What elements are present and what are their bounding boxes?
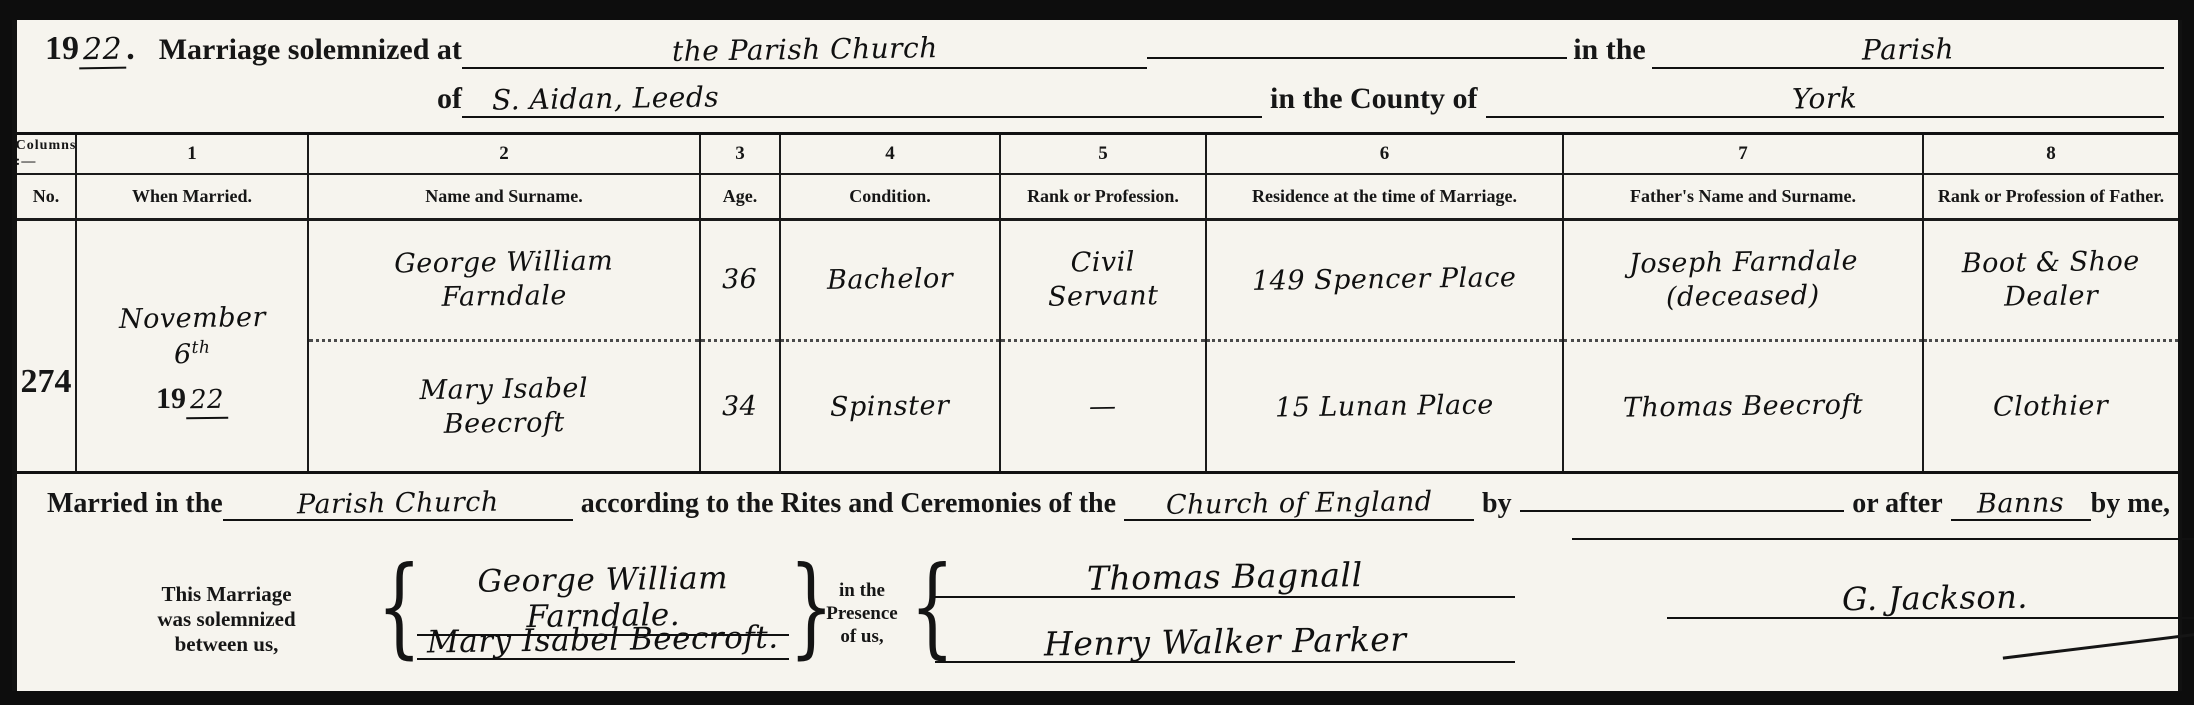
or-after-label: or after xyxy=(1852,488,1942,520)
district-handwritten: Parish xyxy=(1862,32,1954,66)
district-line: Parish xyxy=(1652,33,2164,69)
entry-year-handwritten: 22 xyxy=(79,32,127,70)
cell-bride-father: Thomas Beecroft xyxy=(1564,339,1922,471)
header-line-2: of S. Aidan, Leeds in the County of York xyxy=(437,82,2164,118)
cell-bride-profession: — xyxy=(1001,339,1205,471)
rites-label: according to the Rites and Ceremonies of… xyxy=(581,488,1116,520)
cell-when-married: November 6th 1922 xyxy=(77,221,307,471)
header-profession: Rank or Profession. xyxy=(1001,175,1205,221)
banns-handwritten: Banns xyxy=(1977,487,2065,519)
header-no: No. xyxy=(17,175,75,221)
column-number-5: 5 xyxy=(1001,135,1205,175)
header-when-married: When Married. xyxy=(77,175,307,221)
entry-year-period: . xyxy=(126,30,135,68)
certificate-header: 1922. Marriage solemnized at the Parish … xyxy=(17,20,2178,132)
cell-bride-residence: 15 Lunan Place xyxy=(1207,339,1562,471)
header-father-name: Father's Name and Surname. xyxy=(1564,175,1922,221)
officiating-blank-line xyxy=(1520,510,1845,512)
witness2-signature-line: Henry Walker Parker xyxy=(935,622,1515,663)
column-age: 3 Age. 36 34 xyxy=(701,135,781,471)
church-name-line: the Parish Church xyxy=(462,33,1147,69)
entry-year-printed: 19 xyxy=(45,30,79,68)
church-line: Church of England xyxy=(1124,488,1474,521)
column-number-3: 3 xyxy=(701,135,779,175)
by-me-label: by me, xyxy=(2091,488,2170,520)
witness1-signature: Thomas Bagnall xyxy=(1087,555,1363,598)
cell-groom-father-profession: Boot & Shoe Dealer xyxy=(1924,221,2178,339)
column-condition: 4 Condition. Bachelor Spinster xyxy=(781,135,1001,471)
column-number-8: 8 xyxy=(1924,135,2178,175)
when-married-month: November xyxy=(118,301,265,337)
county-label: in the County of xyxy=(1270,82,1478,116)
cell-groom-father: Joseph Farndale (deceased) xyxy=(1564,221,1922,339)
this-marriage-label: This Marriage was solemnized between us, xyxy=(79,582,374,658)
signature-flourish xyxy=(2003,627,2194,659)
header-name: Name and Surname. xyxy=(309,175,699,221)
by-label: by xyxy=(1482,488,1512,520)
certificate-footer: Married in the Parish Church according t… xyxy=(17,474,2178,679)
column-number-7: 7 xyxy=(1564,135,1922,175)
cell-bride-father-profession: Clothier xyxy=(1924,339,2178,471)
column-name: 2 Name and Surname. George William Farnd… xyxy=(309,135,701,471)
column-no: Columns :— No. 274 xyxy=(17,135,77,471)
header-condition: Condition. xyxy=(781,175,999,221)
cell-bride-age: 34 xyxy=(701,339,779,471)
cell-bride-condition: Spinster xyxy=(781,339,999,471)
column-residence: 6 Residence at the time of Marriage. 149… xyxy=(1207,135,1564,471)
banns-line: Banns xyxy=(1951,488,2091,521)
when-married-year: 1922 xyxy=(156,380,228,419)
cell-bride-name: Mary Isabel Beecroft xyxy=(309,339,699,471)
church-name-handwritten: the Parish Church xyxy=(671,31,937,68)
cell-groom-condition: Bachelor xyxy=(781,221,999,339)
bride-signature-line: Mary Isabel Beecroft. xyxy=(417,622,789,660)
established-church-handwritten: Church of England xyxy=(1166,486,1433,521)
officiant-blank-line xyxy=(1572,538,2194,540)
witness1-signature-line: Thomas Bagnall xyxy=(935,557,1515,598)
certificate-paper: 1922. Marriage solemnized at the Parish … xyxy=(12,20,2182,691)
place-line: S. Aidan, Leeds xyxy=(462,82,1262,118)
column-father-profession: 8 Rank or Profession of Father. Boot & S… xyxy=(1924,135,2178,471)
solemnized-label: Marriage solemnized at xyxy=(159,33,462,67)
header-line-1: 1922. Marriage solemnized at the Parish … xyxy=(45,30,2164,69)
officiant-signature: G. Jackson. xyxy=(1841,578,2027,619)
cell-groom-age: 36 xyxy=(701,221,779,339)
header-age: Age. xyxy=(701,175,779,221)
column-number-1: 1 xyxy=(77,135,307,175)
columns-caption: Columns :— xyxy=(16,138,77,170)
bride-signature: Mary Isabel Beecroft. xyxy=(427,620,779,661)
column-when-married: 1 When Married. November 6th 1922 xyxy=(77,135,309,471)
header-father-profession: Rank or Profession of Father. xyxy=(1924,175,2178,221)
cell-entry-number: 274 xyxy=(17,221,75,471)
county-line: York xyxy=(1486,82,2164,118)
presence-label: in the Presence of us, xyxy=(817,580,907,648)
register-table: Columns :— No. 274 1 When Married. Novem… xyxy=(17,132,2178,474)
blank-line xyxy=(1147,57,1567,59)
of-label: of xyxy=(437,82,462,116)
column-number-6: 6 xyxy=(1207,135,1562,175)
ceremony-line: Married in the Parish Church according t… xyxy=(47,488,2170,521)
in-the-label: in the xyxy=(1573,33,1646,67)
place-handwritten: S. Aidan, Leeds xyxy=(492,80,720,116)
column-profession: 5 Rank or Profession. Civil Servant — xyxy=(1001,135,1207,471)
entry-number: 274 xyxy=(21,361,72,404)
cell-groom-name: George William Farndale xyxy=(309,221,699,339)
cell-groom-residence: 149 Spencer Place xyxy=(1207,221,1562,339)
venue-handwritten: Parish Church xyxy=(297,487,499,521)
column-number-4: 4 xyxy=(781,135,999,175)
marriage-certificate-scan: 1922. Marriage solemnized at the Parish … xyxy=(0,0,2194,705)
officiant-signature-line: G. Jackson. xyxy=(1667,579,2194,619)
left-open-brace: { xyxy=(377,543,422,670)
column-number-2: 2 xyxy=(309,135,699,175)
cell-groom-profession: Civil Servant xyxy=(1001,221,1205,339)
married-in-label: Married in the xyxy=(47,488,223,520)
header-residence: Residence at the time of Marriage. xyxy=(1207,175,1562,221)
witness2-signature: Henry Walker Parker xyxy=(1043,619,1406,663)
when-married-day: 6th xyxy=(174,337,211,371)
county-handwritten: York xyxy=(1792,82,1858,116)
venue-line: Parish Church xyxy=(223,488,573,521)
column-father-name: 7 Father's Name and Surname. Joseph Farn… xyxy=(1564,135,1924,471)
